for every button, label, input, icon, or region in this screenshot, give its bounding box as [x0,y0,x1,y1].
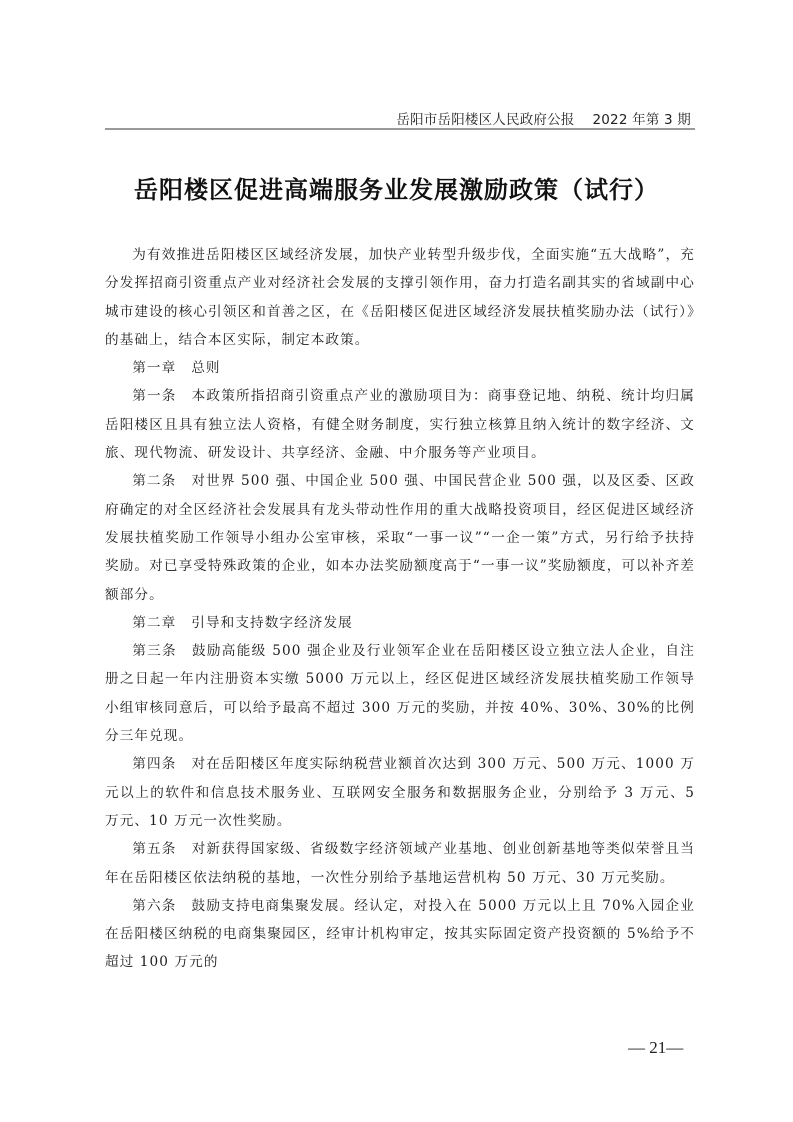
article-2: 第二条对世界 500 强、中国企业 500 强、中国民营企业 500 强，以及区… [105,467,695,608]
chapter-title: 总则 [191,360,220,376]
article-label: 第三条 [132,643,177,659]
preamble-paragraph: 为有效推进岳阳楼区区域经济发展，加快产业转型升级步伐，全面实施“五大战略”，充分… [105,241,695,354]
chapter-label: 第二章 [132,615,176,631]
running-header: 岳阳市岳阳楼区人民政府公报 2022 年第 3 期 [105,108,695,128]
article-text: 对在岳阳楼区年度实际纳税营业额首次达到 300 万元、500 万元、1000 万… [105,756,695,829]
document-body: 为有效推进岳阳楼区区域经济发展，加快产业转型升级步伐，全面实施“五大战略”，充分… [105,241,695,977]
header-issue: 2022 年第 3 期 [592,112,691,128]
article-4: 第四条对在岳阳楼区年度实际纳税营业额首次达到 300 万元、500 万元、100… [105,750,695,835]
article-text: 鼓励高能级 500 强企业及行业领军企业在岳阳楼区设立独立法人企业，自注册之日起… [105,643,695,744]
article-label: 第六条 [132,898,176,914]
article-label: 第一条 [132,388,176,404]
header-title: 岳阳市岳阳楼区人民政府公报 2022 年第 3 期 [396,108,691,128]
article-label: 第四条 [132,756,176,772]
chapter-label: 第一章 [132,360,176,376]
chapter-title: 引导和支持数字经济发展 [191,615,353,631]
header-publication: 岳阳市岳阳楼区人民政府公报 [396,112,574,128]
article-label: 第五条 [132,841,176,857]
chapter-heading-2: 第二章引导和支持数字经济发展 [105,609,695,637]
article-label: 第二条 [132,473,176,489]
document-title: 岳阳楼区促进高端服务业发展激励政策（试行） [0,170,793,205]
article-text: 对新获得国家级、省级数字经济领域产业基地、创业创新基地等类似荣誉且当年在岳阳楼区… [105,841,695,885]
article-3: 第三条鼓励高能级 500 强企业及行业领军企业在岳阳楼区设立独立法人企业，自注册… [105,637,695,750]
chapter-heading-1: 第一章总则 [105,354,695,382]
article-5: 第五条对新获得国家级、省级数字经济领域产业基地、创业创新基地等类似荣誉且当年在岳… [105,835,695,892]
article-1: 第一条本政策所指招商引资重点产业的激励项目为：商事登记地、纳税、统计均归属岳阳楼… [105,382,695,467]
article-text: 本政策所指招商引资重点产业的激励项目为：商事登记地、纳税、统计均归属岳阳楼区且具… [105,388,695,461]
page-number: — 21— [628,1038,683,1058]
header-rule [105,128,695,130]
article-text: 鼓励支持电商集聚发展。经认定，对投入在 5000 万元以上且 70%入园企业在岳… [105,898,695,971]
article-6: 第六条鼓励支持电商集聚发展。经认定，对投入在 5000 万元以上且 70%入园企… [105,892,695,977]
article-text: 对世界 500 强、中国企业 500 强、中国民营企业 500 强，以及区委、区… [105,473,695,602]
